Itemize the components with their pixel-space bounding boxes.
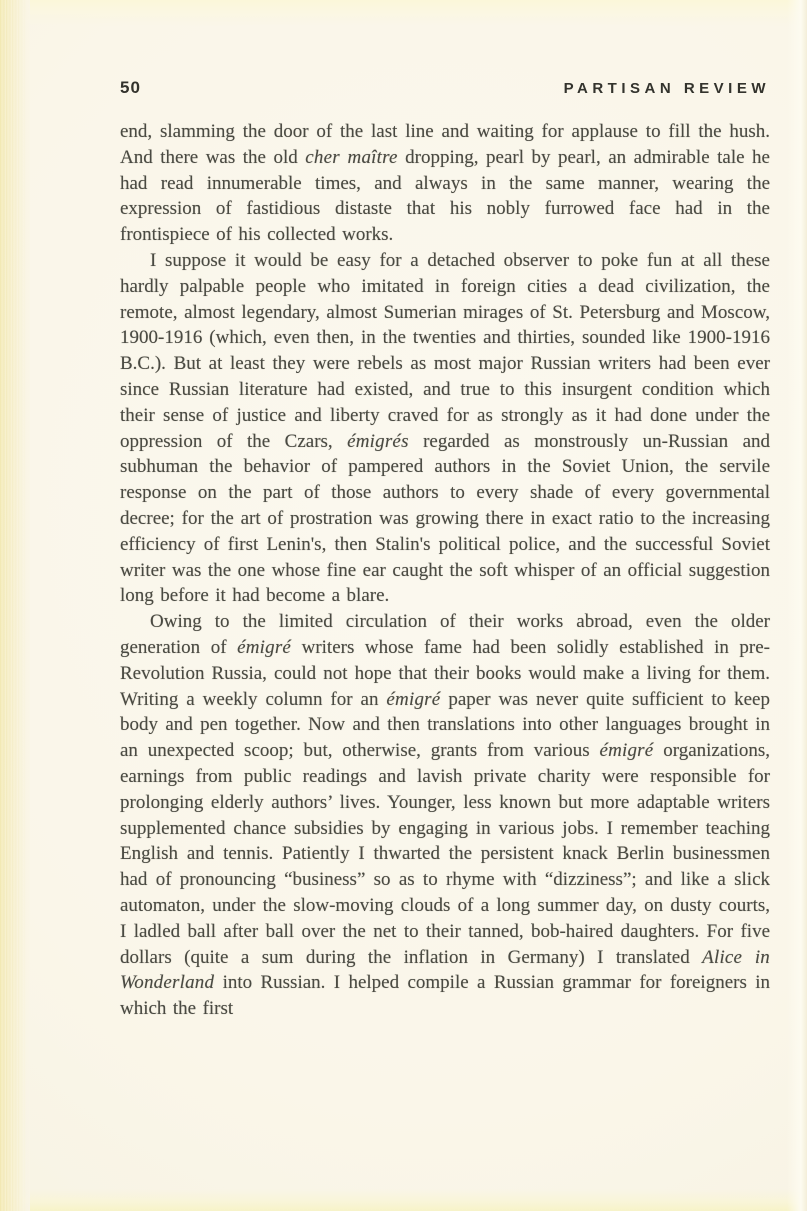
italic-text-run: émigré (386, 689, 440, 710)
printed-page: 50 PARTISAN REVIEW end, slamming the doo… (120, 78, 770, 1022)
body-text: end, slamming the door of the last line … (120, 119, 770, 1022)
italic-text-run: émigré (599, 740, 653, 761)
book-page-edges-left (0, 0, 30, 1211)
italic-text-run: émigrés (347, 431, 409, 452)
text-run: I suppose it would be easy for a detache… (120, 250, 770, 452)
page-edge-right (787, 0, 807, 1211)
paragraph: end, slamming the door of the last line … (120, 119, 770, 248)
page-number: 50 (120, 78, 141, 98)
running-header: 50 PARTISAN REVIEW (120, 78, 770, 98)
italic-text-run: cher maître (305, 147, 397, 168)
paragraph: I suppose it would be easy for a detache… (120, 248, 770, 609)
scanned-page: 50 PARTISAN REVIEW end, slamming the doo… (0, 0, 807, 1211)
text-run: regarded as monstrously un-Russian and s… (120, 431, 770, 607)
italic-text-run: émigré (237, 637, 291, 658)
text-run: into Russian. I helped compile a Russian… (120, 972, 770, 1019)
paragraph: Owing to the limited circulation of thei… (120, 609, 770, 1022)
text-run: organizations, earnings from public read… (120, 740, 770, 967)
journal-title: PARTISAN REVIEW (564, 80, 770, 97)
